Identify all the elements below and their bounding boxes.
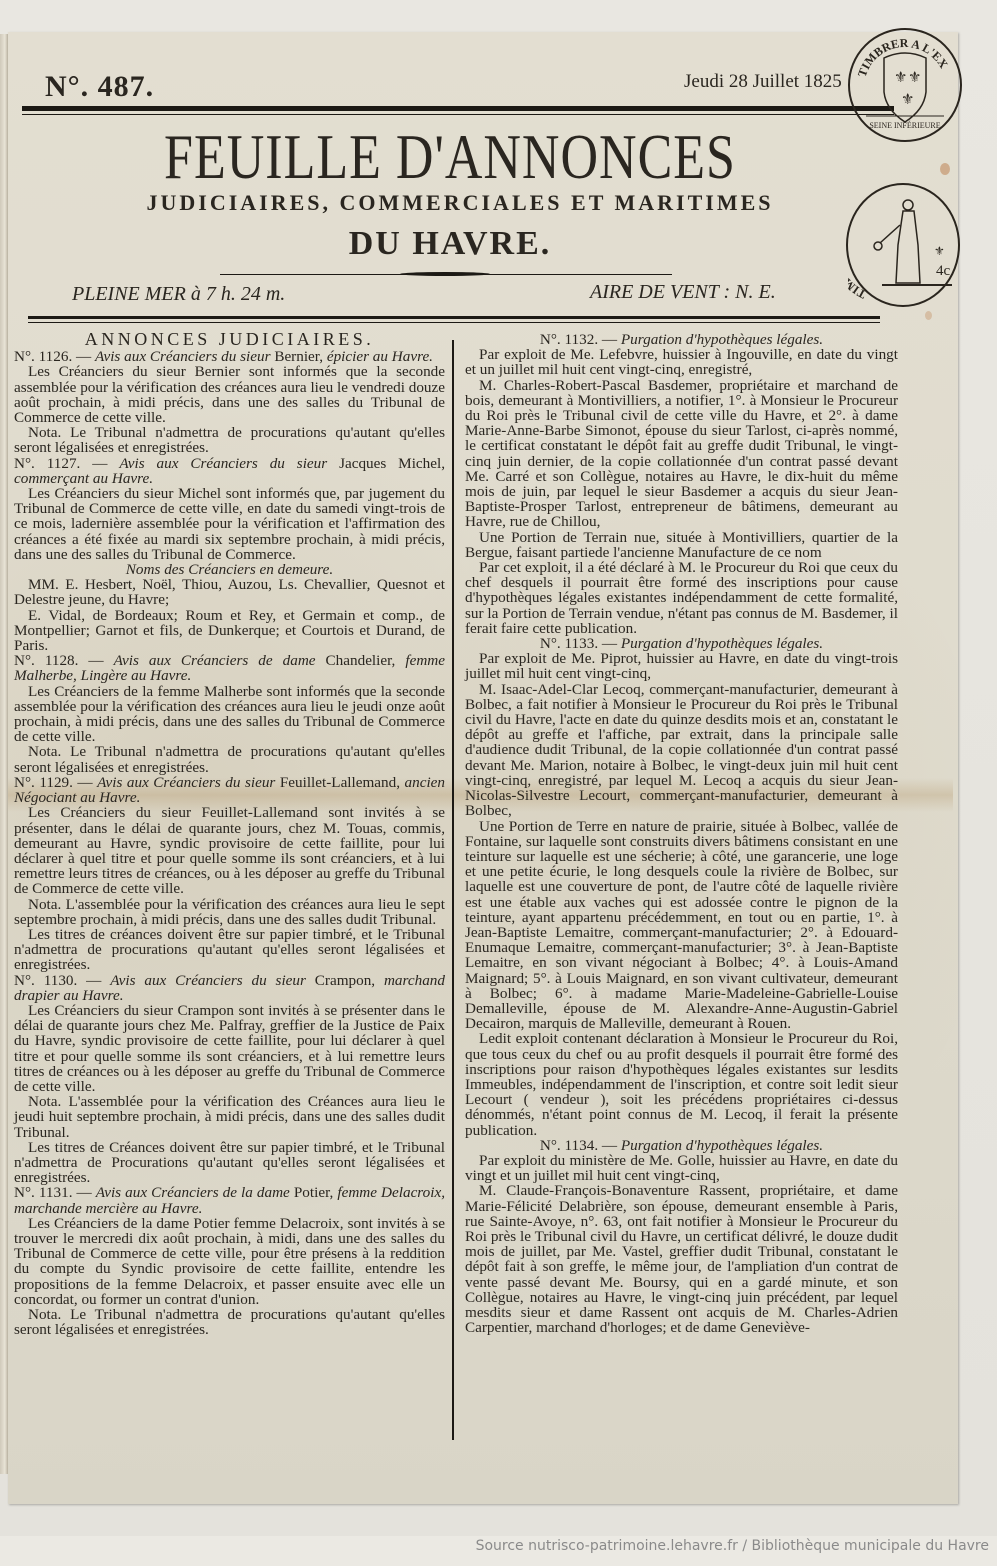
- fleur-de-lis-shield-icon: TIMBRER A L'EX ⚜ ⚜ ⚜ SEINE INFÉRIEURE: [850, 30, 960, 140]
- creditors-subheading: Noms des Créanciers en demeure.: [14, 562, 445, 577]
- source-attribution: Source nutrisco-patrimoine.lehavre.fr / …: [476, 1538, 989, 1554]
- newspaper-title: FEUILLE D'ANNONCES: [0, 122, 900, 194]
- section-title-judicial: ANNONCES JUDICIAIRES.: [14, 332, 445, 347]
- newspaper-city: DU HAVRE.: [0, 225, 900, 263]
- notice-heading: N°. 1133. — Purgation d'hypothèques léga…: [465, 636, 898, 651]
- issue-date: Jeudi 28 Juillet 1825: [684, 71, 842, 93]
- notice-1127: N°. 1127. — Avis aux Créanciers du sieur…: [14, 456, 445, 654]
- notice-heading: N°. 1131. — Avis aux Créanciers de la da…: [14, 1185, 445, 1215]
- stamp-value: 4c: [936, 263, 951, 279]
- title-rule-swell: [400, 272, 490, 276]
- left-column: ANNONCES JUDICIAIRES. N°. 1126. — Avis a…: [14, 332, 445, 1337]
- notice-1129: N°. 1129. — Avis aux Créanciers du sieur…: [14, 775, 445, 973]
- issue-number: N°. 487.: [45, 70, 154, 104]
- high-tide-info: PLEINE MER à 7 h. 24 m.: [72, 283, 285, 306]
- notice-paragraph: M. Charles-Robert-Pascal Basdemer, propr…: [465, 378, 898, 530]
- notice-heading: N°. 1134. — Purgation d'hypothèques léga…: [465, 1138, 898, 1153]
- notice-heading: N°. 1130. — Avis aux Créanciers du sieur…: [14, 973, 445, 1003]
- notice-heading: N°. 1132. — Purgation d'hypothèques léga…: [465, 332, 898, 347]
- creditor-list: E. Vidal, de Bordeaux; Roum et Rey, et G…: [14, 608, 445, 654]
- svg-text:⚜: ⚜: [908, 70, 921, 86]
- svg-text:⚜: ⚜: [901, 92, 914, 108]
- notice-paragraph: Par cet exploit, il a été déclaré à M. l…: [465, 560, 898, 636]
- notice-paragraph: Les Créanciers du sieur Crampon sont inv…: [14, 1003, 445, 1094]
- notice-heading: N°. 1126. — Avis aux Créanciers du sieur…: [14, 349, 445, 364]
- notice-paragraph: Ledit exploit contenant déclaration à Mo…: [465, 1031, 898, 1137]
- notice-paragraph: Les Créanciers du sieur Bernier sont inf…: [14, 364, 445, 425]
- newspaper-subtitle: JUDICIAIRES, COMMERCIALES ET MARITIMES: [20, 190, 900, 216]
- column-divider: [452, 340, 454, 1440]
- notice-nota: Nota. Le Tribunal n'admettra de procurat…: [14, 425, 445, 455]
- notice-heading: N°. 1127. — Avis aux Créanciers du sieur…: [14, 456, 445, 486]
- notice-1131: N°. 1131. — Avis aux Créanciers de la da…: [14, 1185, 445, 1337]
- notice-paragraph: M. Claude-François-Bonaventure Rassent, …: [465, 1183, 898, 1335]
- notice-1133: N°. 1133. — Purgation d'hypothèques léga…: [465, 636, 898, 1138]
- notice-paragraph: Par exploit de Me. Lefebvre, huissier à …: [465, 347, 898, 377]
- masthead-rule-thick: [22, 106, 894, 111]
- notice-1126: N°. 1126. — Avis aux Créanciers du sieur…: [14, 349, 445, 455]
- stamp-bottom-text: SEINE INFÉRIEURE: [869, 120, 940, 130]
- notice-paragraph: Par exploit du ministère de Me. Golle, h…: [465, 1153, 898, 1183]
- creditor-list: MM. E. Hesbert, Noël, Thiou, Auzou, Ls. …: [14, 577, 445, 607]
- notice-paragraph: M. Isaac-Adel-Clar Lecoq, commerçant-man…: [465, 682, 898, 819]
- tax-stamp-top: TIMBRER A L'EX ⚜ ⚜ ⚜ SEINE INFÉRIEURE: [848, 28, 962, 142]
- notice-paragraph: Les Créanciers de la femme Malherbe sont…: [14, 684, 445, 745]
- notice-1130: N°. 1130. — Avis aux Créanciers du sieur…: [14, 973, 445, 1186]
- notice-paragraph: Une Portion de Terrain nue, située à Mon…: [465, 530, 898, 560]
- notice-nota: Nota. Le Tribunal n'admettra de procurat…: [14, 1307, 445, 1337]
- notice-heading: N°. 1129. — Avis aux Créanciers du sieur…: [14, 775, 445, 805]
- notice-paragraph: Une Portion de Terre en nature de prairi…: [465, 819, 898, 1032]
- masthead-rule-thin: [22, 114, 894, 115]
- notice-paragraph: Les Créanciers de la dame Potier femme D…: [14, 1216, 445, 1307]
- notice-1134: N°. 1134. — Purgation d'hypothèques léga…: [465, 1138, 898, 1336]
- standing-figure-icon: TIMBRE ROYAL. 4c ⚜: [848, 185, 958, 305]
- notice-nota: Nota. L'assemblée pour la vérification d…: [14, 1094, 445, 1140]
- notice-heading: N°. 1128. — Avis aux Créanciers de dame …: [14, 653, 445, 683]
- notice-paragraph: Par exploit de Me. Piprot, huissier au H…: [465, 651, 898, 681]
- header-rule-thin: [28, 322, 880, 323]
- foxing-spot: [940, 163, 950, 175]
- right-column: N°. 1132. — Purgation d'hypothèques léga…: [465, 332, 898, 1335]
- stamp-ring-text: TIMBRE ROYAL.: [848, 203, 868, 302]
- notice-paragraph: Les Créanciers du sieur Michel sont info…: [14, 486, 445, 562]
- notice-paragraph: Les titres de Créances doivent être sur …: [14, 1140, 445, 1186]
- notice-1128: N°. 1128. — Avis aux Créanciers de dame …: [14, 653, 445, 775]
- notice-nota: Nota. Le Tribunal n'admettra de procurat…: [14, 744, 445, 774]
- wind-direction-info: AIRE DE VENT : N. E.: [590, 281, 776, 304]
- svg-text:⚜: ⚜: [894, 70, 907, 86]
- foxing-spot: [925, 311, 932, 320]
- notice-paragraph: Les Créanciers du sieur Feuillet-Lallema…: [14, 805, 445, 896]
- notice-paragraph: Les titres de créances doivent être sur …: [14, 927, 445, 973]
- notice-1132: N°. 1132. — Purgation d'hypothèques léga…: [465, 332, 898, 636]
- svg-text:TIMBRE ROYAL.: TIMBRE ROYAL.: [848, 203, 868, 302]
- notice-nota: Nota. L'assemblée pour la vérification d…: [14, 897, 445, 927]
- header-rule-thick: [28, 316, 880, 319]
- svg-text:⚜: ⚜: [934, 244, 945, 258]
- tax-stamp-bottom: TIMBRE ROYAL. 4c ⚜: [846, 183, 960, 307]
